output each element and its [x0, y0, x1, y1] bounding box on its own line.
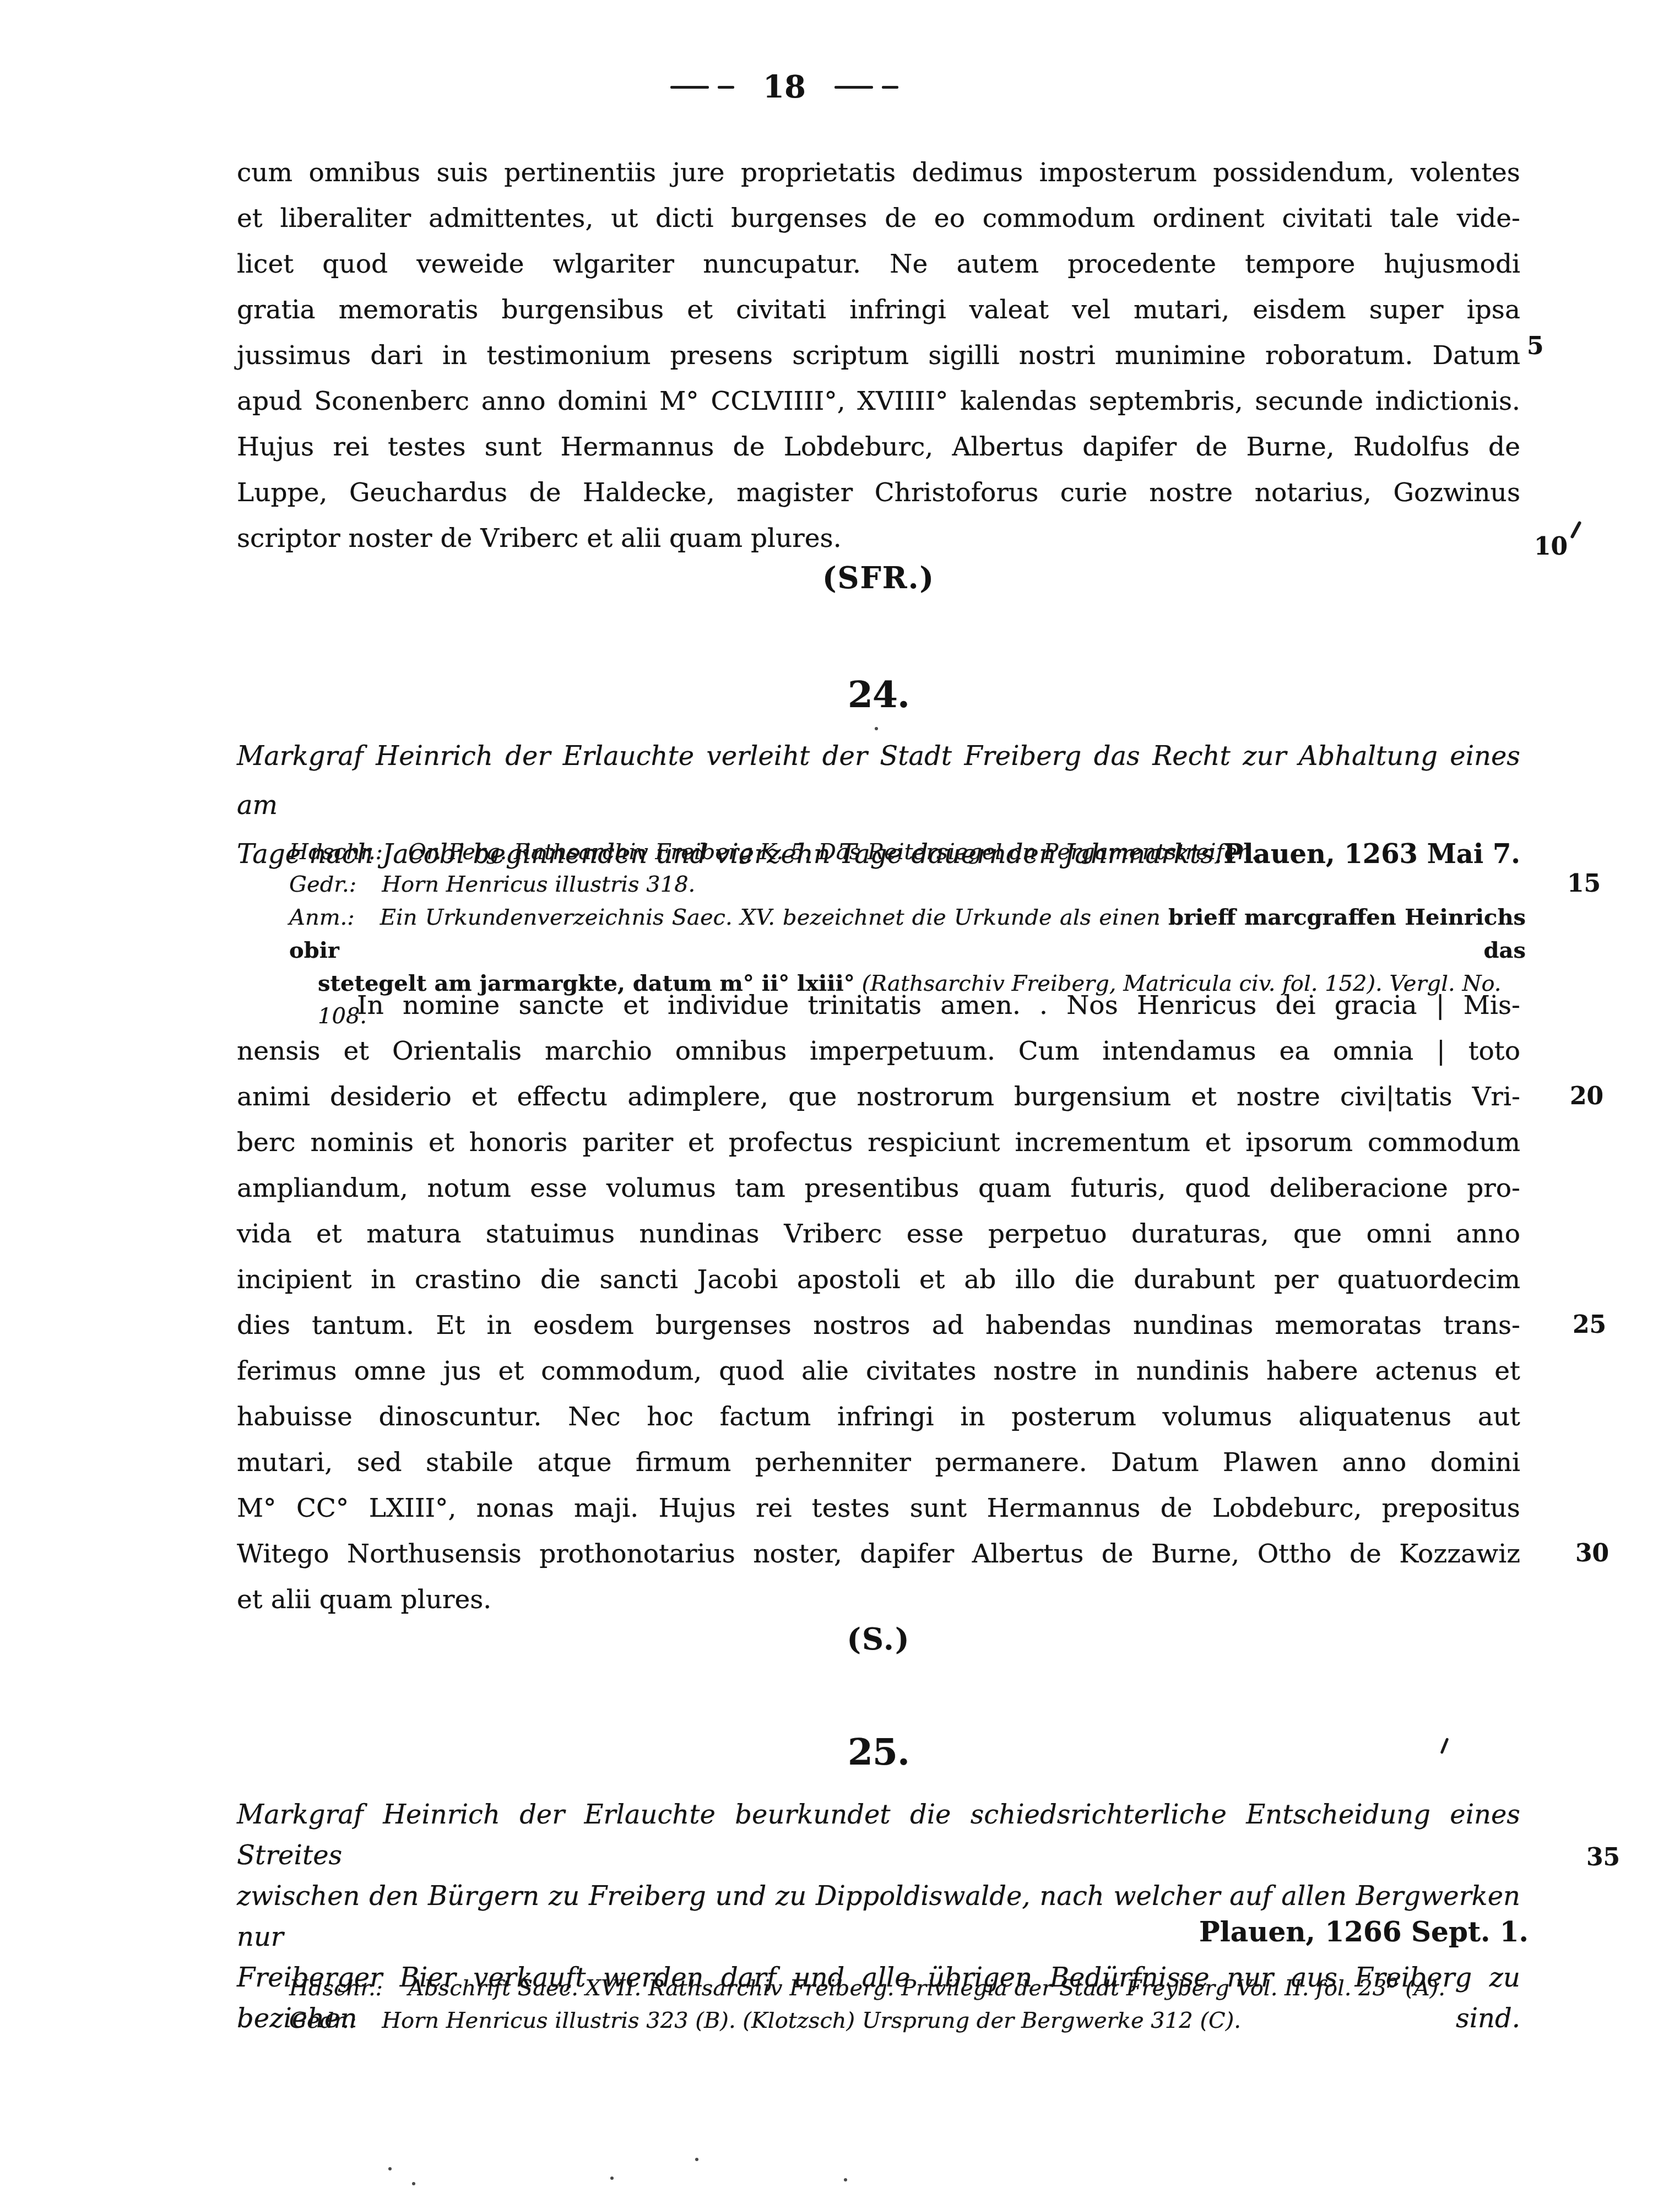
charter-25-date: Plauen, 1266 Sept. 1.	[237, 1915, 1529, 1948]
scanned-page: 18 cum omnibus suis pertinentiis jure pr…	[0, 0, 1680, 2209]
text-line: Witego Northusensis prothonotarius noste…	[237, 1531, 1520, 1577]
seal-note: (SFR.)	[237, 560, 1520, 595]
text-line: ampliandum, notum esse volumus tam prese…	[237, 1165, 1520, 1211]
charter-25-apparatus: Hdschr.:Abschrift Saec. XVII. Rathsarchi…	[289, 1965, 1526, 2037]
hdschr-label: Hdschr.:	[289, 839, 383, 865]
source-line: Gedr.:Horn Henricus illustris 318.	[289, 869, 1526, 901]
scan-artifact	[1570, 521, 1581, 539]
gedr-label: Gedr.:	[289, 2008, 356, 2033]
text-line: ferimus omne jus et commodum, quod alie …	[237, 1348, 1520, 1394]
scan-speck	[844, 2178, 847, 2181]
dash-icon	[718, 86, 734, 89]
text-line: Luppe, Geuchardus de Haldecke, magister …	[237, 470, 1520, 515]
scan-speck	[412, 2182, 415, 2185]
dash-icon	[670, 86, 709, 89]
text-line: apud Sconenberc anno domini M° CCLVIIII°…	[237, 378, 1520, 424]
hdschr-text: (A).	[1398, 1975, 1445, 2001]
charter-25-number: 25.	[237, 1730, 1520, 1773]
text-line: et liberaliter admittentes, ut dicti bur…	[237, 196, 1520, 241]
source-line: Gedr.:Horn Henricus illustris 323 (B). (…	[289, 2005, 1526, 2037]
margin-line-number: 35	[1586, 1841, 1620, 1874]
scan-speck	[875, 727, 878, 730]
text-line: berc nominis et honoris pariter et profe…	[237, 1120, 1520, 1165]
margin-line-number: 20	[1570, 1080, 1603, 1113]
folio-superscript: b	[1386, 1971, 1398, 1992]
margin-line-number: 30	[1575, 1537, 1609, 1570]
charter-24-text: In nomine sancte et individue trinitatis…	[237, 983, 1520, 1622]
text-line: scriptor noster de Vriberc et alii quam …	[237, 515, 1520, 561]
header-rule-left	[670, 86, 734, 89]
scan-speck	[695, 2158, 698, 2161]
charter-23-text: cum omnibus suis pertinentiis jure propr…	[237, 150, 1520, 561]
text-line: licet quod veweide wlgariter nuncupatur.…	[237, 241, 1520, 287]
text-line: jussimus dari in testimonium presens scr…	[237, 333, 1520, 378]
gedr-label: Gedr.:	[289, 872, 356, 897]
hdschr-text: Abschrift Saec. XVII. Rathsarchiv Freibe…	[408, 1975, 1386, 2001]
source-line: Hdschr.:Or. Perg. Rathsarchiv Freiberg K…	[289, 836, 1526, 869]
margin-line-number: 25	[1573, 1309, 1606, 1342]
text-line: et alii quam plures.	[237, 1577, 1520, 1622]
scan-speck	[388, 2167, 392, 2170]
text-line: nensis et Orientalis marchio omnibus imp…	[237, 1028, 1520, 1074]
seal-note: (S.)	[237, 1621, 1520, 1657]
scan-speck	[610, 2177, 614, 2180]
dash-icon	[834, 86, 873, 89]
source-line: Anm.:Ein Urkundenverzeichnis Saec. XV. b…	[289, 901, 1526, 967]
header-rule-right	[834, 86, 898, 89]
charter-24-number: 24.	[237, 673, 1520, 716]
text-line: animi desiderio et effectu adimplere, qu…	[237, 1074, 1520, 1120]
dash-icon	[882, 86, 898, 89]
text-line: incipient in crastino die sancti Jacobi …	[237, 1257, 1520, 1302]
text-line: M° CC° LXIII°, nonas maji. Hujus rei tes…	[237, 1485, 1520, 1531]
hdschr-label: Hdschr.:	[289, 1975, 383, 2001]
text-line: gratia memoratis burgensibus et civitati…	[237, 287, 1520, 333]
text-line: cum omnibus suis pertinentiis jure propr…	[237, 150, 1520, 196]
margin-line-number: 5	[1527, 330, 1544, 363]
gedr-text: Horn Henricus illustris 323 (B). (Klotzs…	[382, 2008, 1241, 2033]
regest-line: Markgraf Heinrich der Erlauchte beurkund…	[237, 1794, 1520, 1876]
text-line: mutari, sed stabile atque firmum perhenn…	[237, 1440, 1520, 1485]
text-line: habuisse dinoscuntur. Nec hoc factum inf…	[237, 1394, 1520, 1440]
hdschr-text: Or. Perg. Rathsarchiv Freiberg K. 5. Das…	[408, 839, 1258, 865]
page-number: 18	[763, 62, 806, 112]
margin-line-number: 15	[1567, 867, 1601, 900]
page-header: 18	[234, 62, 1335, 112]
source-line: Hdschr.:Abschrift Saec. XVII. Rathsarchi…	[289, 1965, 1526, 2005]
text-line: In nomine sancte et individue trinitatis…	[237, 983, 1520, 1028]
margin-line-number: 10	[1534, 530, 1568, 563]
text-line: Hujus rei testes sunt Hermannus de Lobde…	[237, 424, 1520, 470]
gedr-text: Horn Henricus illustris 318.	[382, 872, 695, 897]
text-line: dies tantum. Et in eosdem burgenses nost…	[237, 1302, 1520, 1348]
regest-line: Markgraf Heinrich der Erlauchte verleiht…	[237, 732, 1520, 830]
text-line: vida et matura statuimus nundinas Vriber…	[237, 1211, 1520, 1257]
anm-label: Anm.:	[289, 905, 355, 930]
anm-text: Ein Urkundenverzeichnis Saec. XV. bezeic…	[380, 905, 1161, 930]
